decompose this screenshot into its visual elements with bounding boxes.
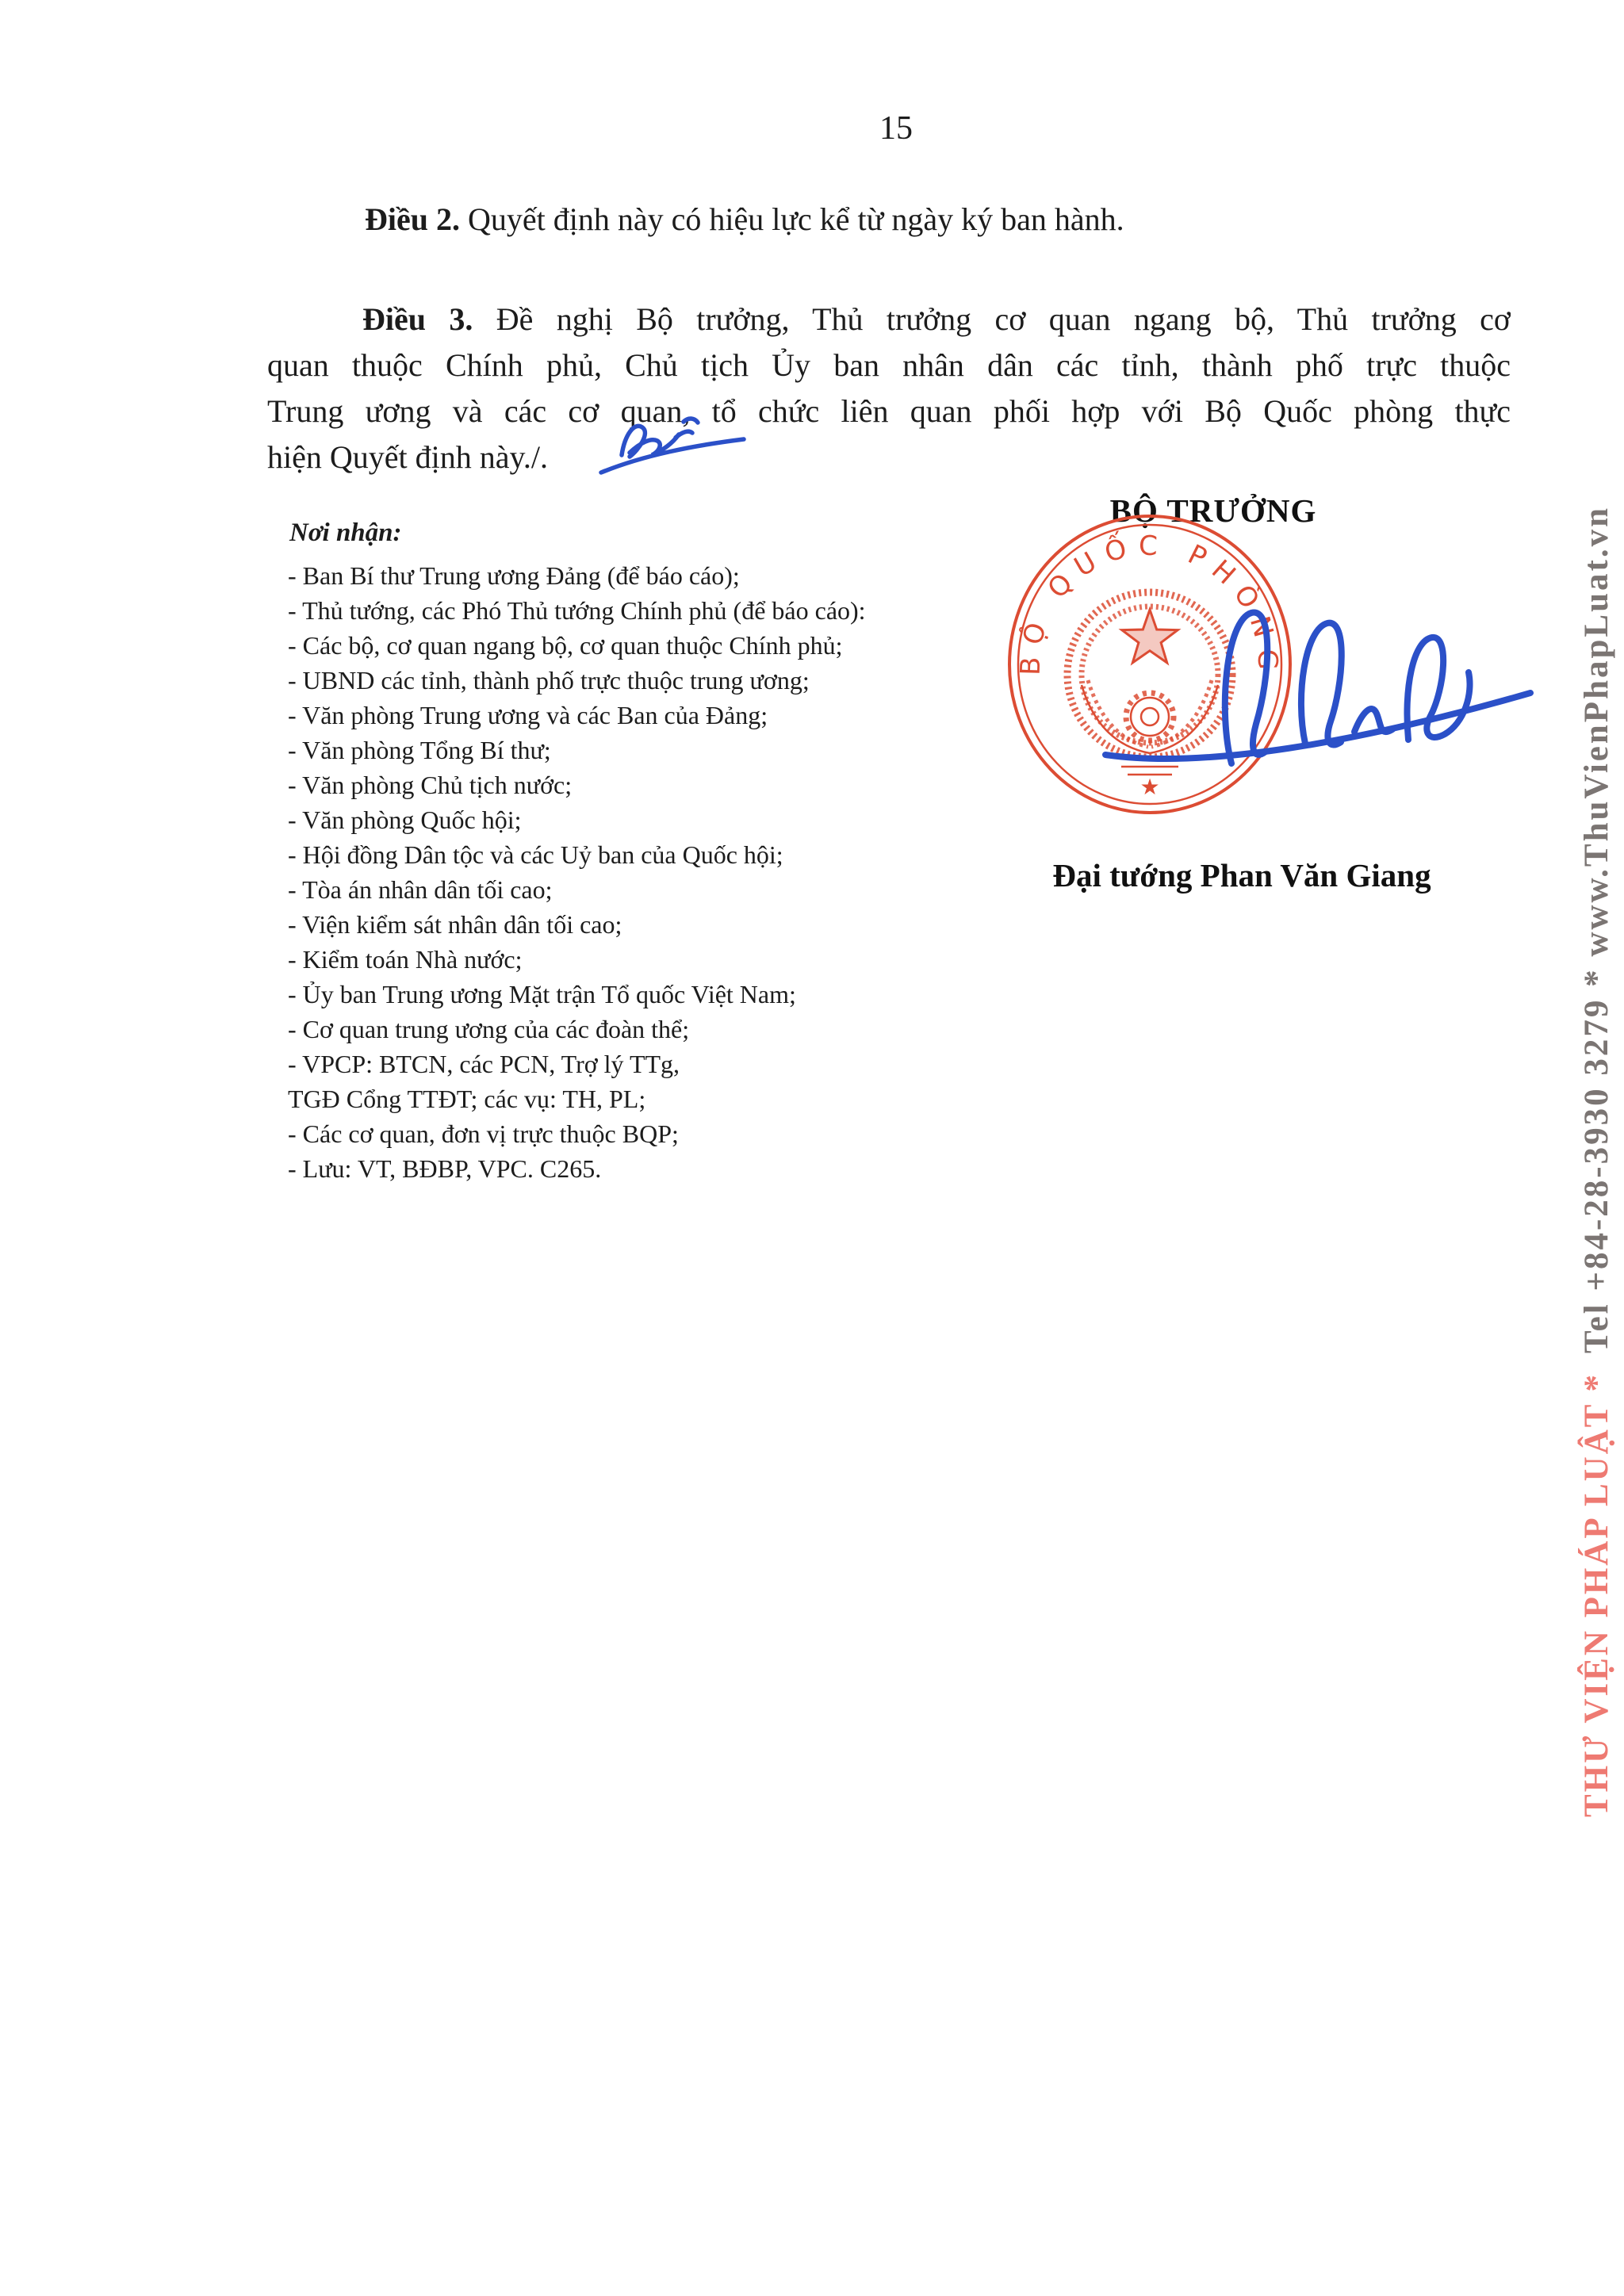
document-page: 15 Điều 2. Quyết định này có hiệu lực kể…: [0, 0, 1624, 2296]
recipient-item: - Văn phòng Trung ương và các Ban của Đả…: [288, 698, 1002, 733]
recipient-item: - Các cơ quan, đơn vị trực thuộc BQP;: [288, 1116, 1002, 1151]
recipient-item: TGĐ Cổng TTĐT; các vụ: TH, PL;: [288, 1081, 1002, 1116]
recipient-item: - Viện kiểm sát nhân dân tối cao;: [288, 907, 1002, 942]
article-3-line-4: hiện Quyết định này./.: [267, 434, 1511, 480]
recipient-item: - Ban Bí thư Trung ương Đảng (để báo cáo…: [288, 558, 1002, 593]
recipient-item: - Văn phòng Tổng Bí thư;: [288, 733, 1002, 767]
recipient-item: - Văn phòng Quốc hội;: [288, 802, 1002, 837]
article-3-line-2: quan thuộc Chính phủ, Chủ tịch Ủy ban nh…: [267, 342, 1511, 388]
recipient-item: - VPCP: BTCN, các PCN, Trợ lý TTg,: [288, 1047, 1002, 1081]
page-number: 15: [863, 109, 929, 147]
recipient-item: - Các bộ, cơ quan ngang bộ, cơ quan thuộ…: [288, 628, 1002, 663]
minister-signature: [1093, 585, 1553, 799]
recipient-item: - Tòa án nhân dân tối cao;: [288, 872, 1002, 907]
article-3-line-3: Trung ương và các cơ quan, tổ chức liên …: [267, 388, 1511, 434]
recipients-heading: Nơi nhận:: [289, 519, 402, 548]
watermark: THƯ VIỆN PHÁP LUẬT *Tel +84-28-3930 3279…: [1575, 457, 1619, 1817]
watermark-brand: THƯ VIỆN PHÁP LUẬT *: [1578, 1372, 1615, 1817]
recipient-item: - Ủy ban Trung ương Mặt trận Tổ quốc Việ…: [288, 977, 1002, 1012]
article-2-text: Quyết định này có hiệu lực kể từ ngày ký…: [460, 201, 1124, 237]
article-3-line-1: Điều 3. Đề nghị Bộ trưởng, Thủ trưởng cơ…: [362, 297, 1511, 342]
recipient-item: - Cơ quan trung ương của các đoàn thể;: [288, 1012, 1002, 1047]
recipient-item: - Hội đồng Dân tộc và các Uỷ ban của Quố…: [288, 837, 1002, 872]
article-2-paragraph: Điều 2. Quyết định này có hiệu lực kể từ…: [365, 200, 1396, 239]
signer-name: Đại tướng Phan Văn Giang: [975, 856, 1508, 894]
recipient-item: - Thủ tướng, các Phó Thủ tướng Chính phủ…: [288, 593, 1002, 628]
article-3-line-1-text: Đề nghị Bộ trưởng, Thủ trưởng cơ quan ng…: [473, 301, 1511, 337]
recipient-item: - UBND các tỉnh, thành phố trực thuộc tr…: [288, 663, 1002, 698]
article-3-label: Điều 3.: [362, 301, 473, 337]
recipient-item: - Kiểm toán Nhà nước;: [288, 942, 1002, 977]
article-2-label: Điều 2.: [365, 201, 460, 237]
initial-scribble-signature: [588, 406, 759, 484]
recipient-item: - Lưu: VT, BĐBP, VPC. C265.: [288, 1151, 1002, 1186]
recipients-list: - Ban Bí thư Trung ương Đảng (để báo cáo…: [288, 558, 1002, 1186]
recipient-item: - Văn phòng Chủ tịch nước;: [288, 767, 1002, 802]
watermark-contact: Tel +84-28-3930 3279 * www.ThuVienPhapLu…: [1578, 506, 1615, 1353]
article-3-paragraph: Điều 3. Đề nghị Bộ trưởng, Thủ trưởng cơ…: [267, 297, 1511, 480]
